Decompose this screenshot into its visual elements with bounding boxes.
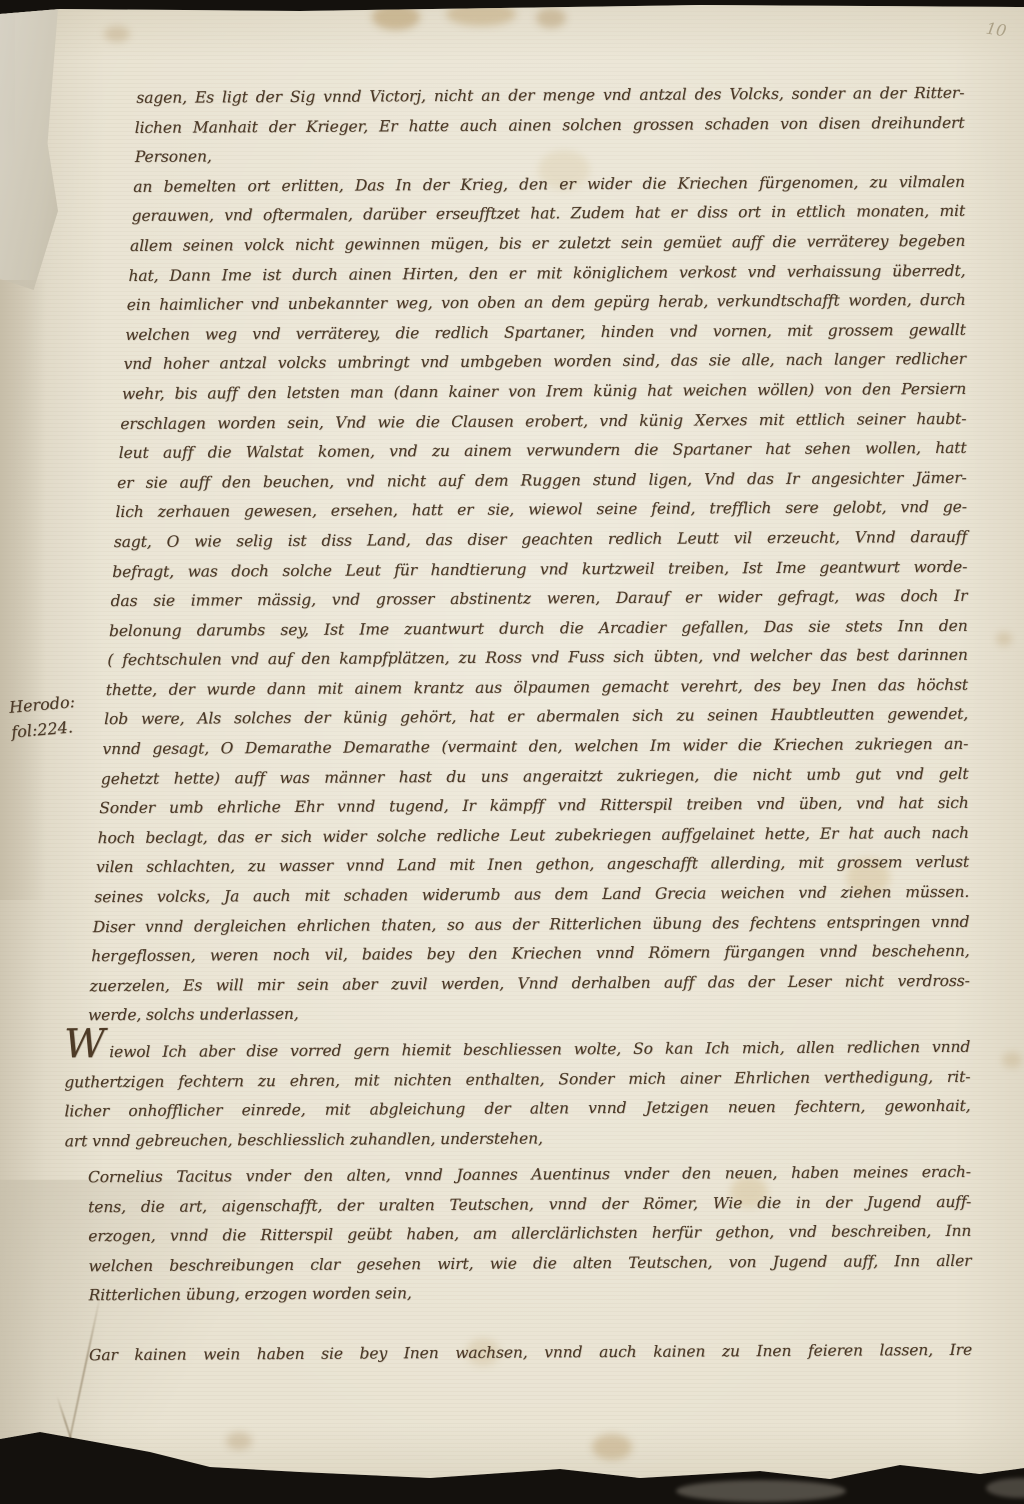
text-line: werde, solchs underlassen, [88,996,970,1031]
paragraph: Gar kainen wein haben sie bey Inen wachs… [4,1335,1024,1371]
background-shadow [986,1478,1024,1498]
text-line: lichen Manhait der Krieger, Er hatte auc… [135,108,965,172]
manuscript-photo: { "colors": { "ink": "#4a3826", "paper":… [0,0,1024,1504]
text-line: Ritterlichen übung, erzogen worden sein, [89,1276,972,1311]
text-line: Gar kainen wein haben sie bey Inen wachs… [89,1336,972,1371]
manuscript-page: 10 Herodo: fol:224. sagen, Es ligt der S… [0,0,1024,1504]
text-line: art vnnd gebreuchen, beschliesslich zuha… [65,1122,971,1157]
paragraph: Cornelius Tacitus vnder den alten, vnnd … [3,1157,1024,1311]
manuscript-text: sagen, Es ligt der Sig vnnd Victorj, nic… [0,0,1024,1504]
background-shadow [676,1480,846,1502]
paragraph: sagen, Es ligt der Sig vnnd Victorj, nic… [0,78,1024,1031]
paragraph: Wiewol Ich aber dise vorred gern hiemit … [2,1032,1024,1157]
